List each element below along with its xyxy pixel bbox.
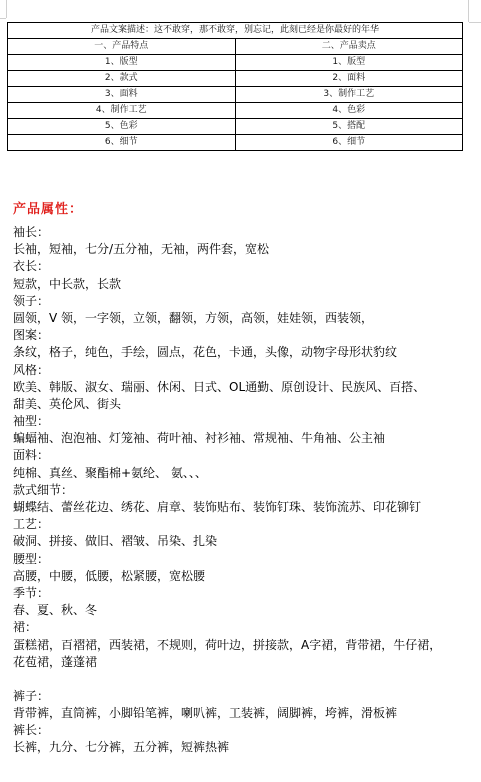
column-header-selling-points: 二、产品卖点: [235, 39, 463, 55]
table-cell: 4、制作工艺: [8, 103, 236, 119]
attribute-label-garment-length: 衣长：: [13, 258, 478, 275]
table-title-cell: 产品文案描述：这不敢穿，那不敢穿，别忘记，此刻已经是你最好的年华: [8, 23, 463, 39]
attribute-label-sleeve-length: 袖长：: [13, 224, 478, 241]
attribute-label-fabric: 面料：: [13, 447, 478, 464]
attribute-label-pants-length: 裤长：: [13, 722, 478, 739]
attribute-values: 背带裤，直筒裤，小脚铅笔裤，喇叭裤，工装裤，阔脚裤，垮裤，滑板裤: [13, 705, 478, 722]
attribute-values: 长裤，九分、七分裤，五分裤，短裤热裤: [13, 739, 478, 756]
attribute-values: 纯棉、真丝、聚酯棉+氨纶、 氨、、、: [13, 465, 478, 482]
table-row: 1、版型 1、版型: [8, 55, 463, 71]
attribute-values: 蝙蝠袖、泡泡袖、灯笼袖、荷叶袖、衬衫袖、常规袖、牛角袖、公主袖: [13, 430, 478, 447]
attribute-values: 短款，中长款，长款: [13, 276, 478, 293]
attribute-values: 甜美、英伦风、街头: [13, 396, 478, 413]
attribute-label-collar: 领子：: [13, 293, 478, 310]
page-margin-mark: [6, 0, 7, 18]
table-column-header-row: 一、产品特点 二、产品卖点: [8, 39, 463, 55]
table-row: 4、制作工艺 4、色彩: [8, 103, 463, 119]
table-cell: 5、搭配: [235, 119, 463, 135]
column-header-features: 一、产品特点: [8, 39, 236, 55]
table-cell: 6、细节: [235, 135, 463, 151]
table-cell: 2、面料: [235, 71, 463, 87]
attribute-values: 欧美、韩版、淑女、瑞丽、休闲、日式、OL通勤、原创设计、民族风、百搭、: [13, 379, 478, 396]
page-margin-mark: [0, 18, 6, 19]
attribute-label-pants: 裤子：: [13, 688, 478, 705]
table-row: 2、款式 2、面料: [8, 71, 463, 87]
attribute-values: 花苞裙，蓬蓬裙: [13, 654, 478, 671]
blank-line: [13, 671, 478, 688]
attribute-values: 条纹，格子，纯色，手绘，圆点，花色，卡通，头像，动物字母形状豹纹: [13, 344, 478, 361]
table-cell: 1、版型: [8, 55, 236, 71]
attribute-label-style-details: 款式细节：: [13, 482, 478, 499]
attribute-label-skirt: 裙：: [13, 619, 478, 636]
table-row: 3、面料 3、制作工艺: [8, 87, 463, 103]
attribute-label-style: 风格：: [13, 362, 478, 379]
table-cell: 1、版型: [235, 55, 463, 71]
table-cell: 6、细节: [8, 135, 236, 151]
table-cell: 2、款式: [8, 71, 236, 87]
attribute-values: 圆领，V 领，一字领，立领，翻领，方领，高领，娃娃领，西装领，: [13, 310, 478, 327]
attribute-values: 春、夏、秋、冬: [13, 602, 478, 619]
attribute-label-craft: 工艺：: [13, 516, 478, 533]
page-margin-mark: [469, 22, 481, 23]
table-header-row: 产品文案描述：这不敢穿，那不敢穿，别忘记，此刻已经是你最好的年华: [8, 23, 463, 39]
table-cell: 3、制作工艺: [235, 87, 463, 103]
section-title: 产品属性：: [13, 200, 478, 220]
attribute-values: 高腰，中腰，低腰，松紧腰，宽松腰: [13, 568, 478, 585]
table-cell: 5、色彩: [8, 119, 236, 135]
product-attributes-section: 产品属性： 袖长： 长袖，短袖，七分/五分袖，无袖，两件套，宽松 衣长： 短款，…: [13, 200, 478, 757]
attribute-values: 长袖，短袖，七分/五分袖，无袖，两件套，宽松: [13, 241, 478, 258]
attribute-values: 蛋糕裙，百褶裙，西装裙，不规则，荷叶边，拼接款，A字裙，背带裙，牛仔裙，: [13, 637, 478, 654]
product-spec-table: 产品文案描述：这不敢穿，那不敢穿，别忘记，此刻已经是你最好的年华 一、产品特点 …: [7, 22, 463, 151]
attribute-label-season: 季节：: [13, 585, 478, 602]
attribute-values: 蝴蝶结、蕾丝花边、绣花、肩章、装饰贴布、装饰钉珠、装饰流苏、印花铆钉: [13, 499, 478, 516]
table-row: 6、细节 6、细节: [8, 135, 463, 151]
table-cell: 4、色彩: [235, 103, 463, 119]
page-margin-mark: [468, 0, 469, 22]
attribute-values: 破洞、拼接、做旧、褶皱、吊染、扎染: [13, 533, 478, 550]
table-cell: 3、面料: [8, 87, 236, 103]
attribute-label-sleeve-type: 袖型：: [13, 413, 478, 430]
table-row: 5、色彩 5、搭配: [8, 119, 463, 135]
attribute-label-pattern: 图案：: [13, 327, 478, 344]
attribute-label-waist-type: 腰型：: [13, 551, 478, 568]
